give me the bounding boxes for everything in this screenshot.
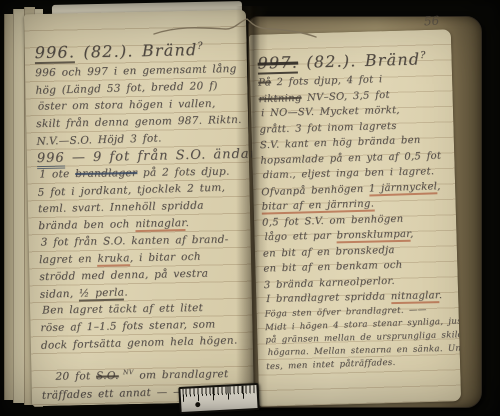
handwritten-text: 996. xyxy=(35,43,76,65)
handwritten-text: . xyxy=(185,217,189,229)
handwritten-text: sidan, xyxy=(40,288,80,301)
handwritten-text: Ben lagret täckt af ett litet xyxy=(42,302,203,317)
handwritten-text: lagret en xyxy=(39,253,98,266)
measuring-scale xyxy=(178,383,259,414)
pen-flourish xyxy=(150,16,320,44)
notebook-photo: 996. (82.). Bränd?996 och 997 i en gemen… xyxy=(0,0,500,416)
handwritten-text: på 2 fots djup. xyxy=(137,166,230,179)
handwritten-text: lågo ett par xyxy=(264,231,336,244)
handwritten-text: I brandlagret spridda xyxy=(266,292,391,306)
handwritten-text: Ofvanpå benhögen xyxy=(261,183,369,198)
handwritten-text: S.V. kant en hög brända ben xyxy=(260,135,421,151)
handwritten-text: ? xyxy=(420,50,427,61)
handwritten-text: strödd med denna, på vestra xyxy=(39,268,208,284)
handwritten-text: om brandlagret xyxy=(134,368,229,381)
handwritten-text: 5 fot i jordkant, tjocklek 2 tum, xyxy=(38,182,226,199)
handwritten-text: 20 fot xyxy=(55,370,96,383)
handwritten-text: , xyxy=(410,229,414,240)
handwritten-text: röse af 1–1.5 fots stenar, som xyxy=(40,319,215,335)
handwritten-text: nitnaglar xyxy=(391,290,439,304)
handwritten-text: 997. xyxy=(257,53,298,75)
handwritten-text: en bit af en benkam och xyxy=(263,260,402,275)
handwritten-text: i NO—SV. Mycket mörkt, xyxy=(261,105,400,119)
handwritten-text: . xyxy=(124,287,128,299)
handwritten-text: tes, men intet påträffades. xyxy=(266,358,396,372)
handwritten-text: , i bitar och xyxy=(130,251,201,264)
right-page: 997. (82.). Bränd?På 2 fots djup, 4 fot … xyxy=(249,29,461,406)
ruler-tick-marks xyxy=(182,385,255,402)
handwritten-text: hög (Längd 53 fot, bredd 20 f) xyxy=(35,80,217,97)
handwritten-text: (82.). Bränd xyxy=(298,49,421,71)
handwritten-text: träffades ett annat — — xyxy=(42,386,184,402)
handwritten-text: På xyxy=(258,78,271,89)
handwritten-text: N.V.—S.O. Höjd 3 fot. xyxy=(36,133,161,148)
handwritten-text: en bit af en bronskedja xyxy=(263,245,395,260)
handwritten-text: NV–SO, 3,5 fot xyxy=(301,90,390,104)
handwritten-text: kruka xyxy=(97,253,130,268)
handwritten-text: NV xyxy=(119,369,134,376)
handwritten-text: riktning xyxy=(258,93,301,105)
handwritten-text: 996 och 997 i en gemensamt lång xyxy=(35,63,237,79)
handwritten-text: . xyxy=(439,290,443,301)
left-page: 996. (82.). Bränd?996 och 997 i en gemen… xyxy=(24,10,254,407)
handwritten-text: 2 fots djup, 4 fot i xyxy=(271,75,383,89)
handwritten-text: 3 fot från S.O. kanten af brand- xyxy=(41,234,229,249)
handwritten-text: nitnaglar xyxy=(135,217,186,232)
handwritten-text: teml. svart. Innehöll spridda xyxy=(38,200,204,215)
handwritten-text: brandlager xyxy=(75,167,137,180)
handwritten-text: skilt från denna genom 987. Riktn. xyxy=(36,114,242,130)
handwritten-text: brända ben och xyxy=(38,218,135,232)
handwritten-line: 997. (82.). Bränd? xyxy=(257,43,450,76)
handwritten-text: 1 ote xyxy=(39,168,75,181)
handwritten-text: 1 järnnyckel xyxy=(369,181,438,196)
handwritten-text: , xyxy=(437,181,441,192)
handwritten-text: 0,5 fot S.V. om benhögen xyxy=(262,213,404,228)
handwritten-text: öster om stora högen i vallen, xyxy=(38,98,216,113)
left-page-text: 996. (82.). Bränd?996 och 997 i en gemen… xyxy=(34,34,252,404)
ruler-dot xyxy=(195,402,200,407)
handwritten-text: ½ perla xyxy=(79,287,125,302)
handwritten-text: dock fortsätta genom hela högen. xyxy=(41,335,238,352)
handwritten-text: S.O. xyxy=(96,370,119,382)
page-number: 56 xyxy=(424,13,440,28)
handwritten-text: bronsklumpar xyxy=(337,229,411,244)
right-page-text: 997. (82.). Bränd?På 2 fots djup, 4 fot … xyxy=(257,43,458,373)
